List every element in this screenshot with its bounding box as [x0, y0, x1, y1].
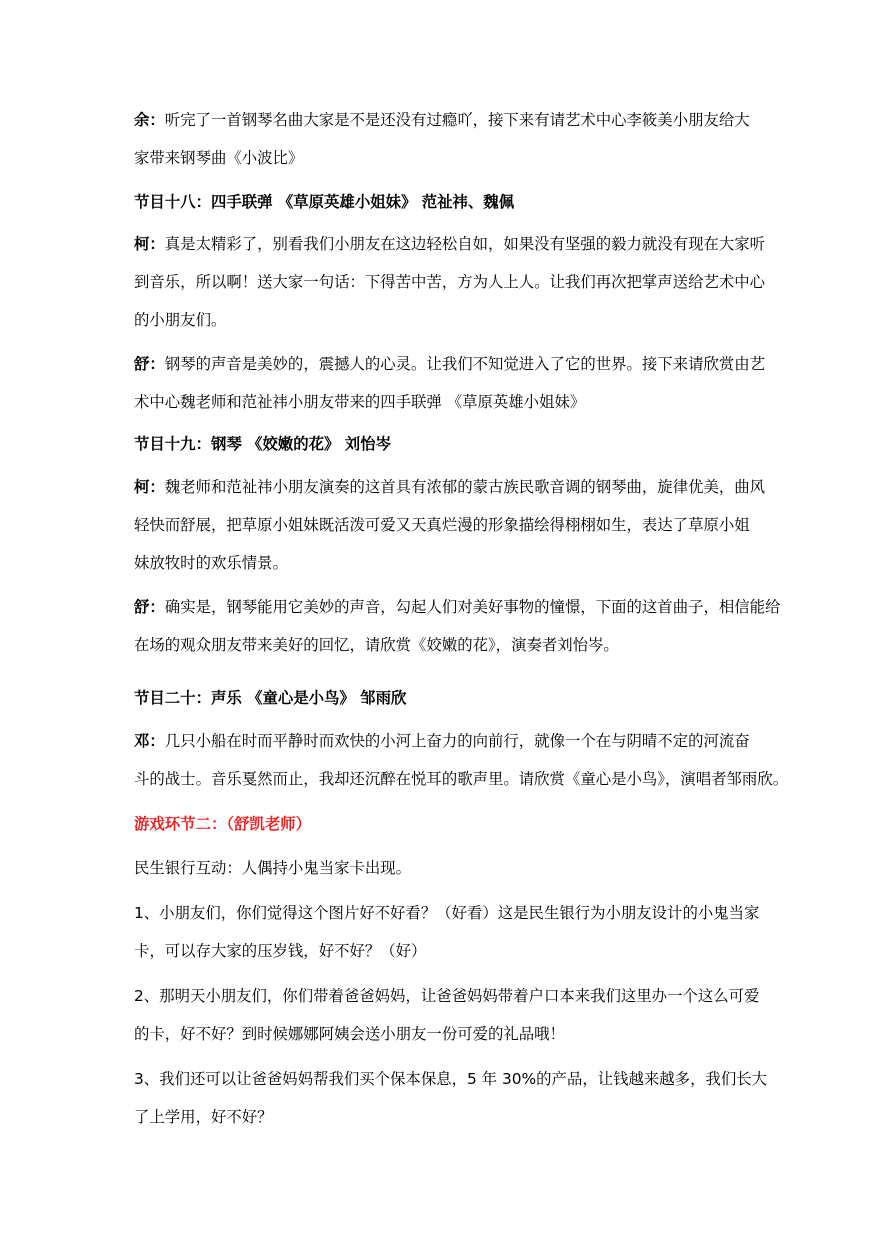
paragraph-line: 3、我们还可以让爸爸妈妈帮我们买个保本保息，5 年 30%的产品，让钱越来越多，…	[134, 1069, 767, 1089]
paragraph-line: 1、小朋友们，你们觉得这个图片好不好看？（好看）这是民生银行为小朋友设计的小鬼当…	[134, 903, 759, 923]
dialogue-line: 余：听完了一首钢琴名曲大家是不是还没有过瘾吖，接下来有请艺术中心李筱美小朋友给大	[134, 110, 750, 130]
dialogue-line: 舒：确实是，钢琴能用它美妙的声音，勾起人们对美好事物的憧憬，下面的这首曲子，相信…	[134, 597, 780, 617]
program-heading: 节目十九：钢琴 《姣嫩的花》 刘怡岑	[134, 434, 391, 454]
program-heading: 节目十八：四手联弹 《草原英雄小姐妹》 范祉祎、魏佩	[134, 192, 514, 212]
dialogue-line: 柯：魏老师和范祉祎小朋友演奏的这首具有浓郁的蒙古族民歌音调的钢琴曲，旋律优美，曲…	[134, 477, 765, 497]
paragraph-line: 卡，可以存大家的压岁钱，好不好？（好）	[134, 941, 426, 961]
paragraph-line: 的卡，好不好？到时候娜娜阿姨会送小朋友一份可爱的礼品哦！	[134, 1024, 565, 1044]
dialogue-line: 舒：钢琴的声音是美妙的，震撼人的心灵。让我们不知觉进入了它的世界。接下来请欣赏由…	[134, 354, 765, 374]
program-heading: 节目二十：声乐 《童心是小鸟》 邹雨欣	[134, 688, 406, 708]
speaker-label: 舒：	[134, 598, 165, 616]
dialogue-line: 家带来钢琴曲《小波比》	[134, 148, 303, 168]
dialogue-line: 在场的观众朋友带来美好的回忆，请欣赏《姣嫩的花》，演奏者刘怡岑。	[134, 635, 619, 655]
paragraph-line: 了上学用，好不好？	[134, 1107, 273, 1127]
paragraph-line: 2、那明天小朋友们，你们带着爸爸妈妈，让爸爸妈妈带着户口本来我们这里办一个这么可…	[134, 986, 759, 1006]
dialogue-line: 邓：几只小船在时而平静时而欢快的小河上奋力的向前行，就像一个在与阴晴不定的河流奋	[134, 731, 750, 751]
speaker-label: 舒：	[134, 355, 165, 373]
speaker-label: 柯：	[134, 235, 165, 253]
dialogue-line: 轻快而舒展，把草原小姐妹既活泼可爱又天真烂漫的形象描绘得栩栩如生，表达了草原小姐	[134, 515, 750, 535]
dialogue-line: 术中心魏老师和范祉祎小朋友带来的四手联弹 《草原英雄小姐妹》	[134, 392, 585, 412]
dialogue-line: 的小朋友们。	[134, 310, 226, 330]
speaker-label: 邓：	[134, 732, 165, 750]
speaker-label: 余：	[134, 111, 165, 129]
document-page: 余：听完了一首钢琴名曲大家是不是还没有过瘾吖，接下来有请艺术中心李筱美小朋友给大…	[0, 0, 884, 1250]
speaker-label: 柯：	[134, 478, 165, 496]
dialogue-line: 柯：真是太精彩了，别看我们小朋友在这边轻松自如，如果没有坚强的毅力就没有现在大家…	[134, 234, 765, 254]
paragraph-line: 民生银行互动：人偶持小鬼当家卡出现。	[134, 858, 411, 878]
section-heading: 游戏环节二：（舒凯老师）	[134, 814, 311, 834]
dialogue-line: 妹放牧时的欢乐情景。	[134, 553, 288, 573]
dialogue-line: 到音乐，所以啊！送大家一句话：下得苦中苦，方为人上人。让我们再次把掌声送给艺术中…	[134, 272, 765, 292]
dialogue-line: 斗的战士。音乐戛然而止，我却还沉醉在悦耳的歌声里。请欣赏《童心是小鸟》，演唱者邹…	[134, 769, 788, 789]
